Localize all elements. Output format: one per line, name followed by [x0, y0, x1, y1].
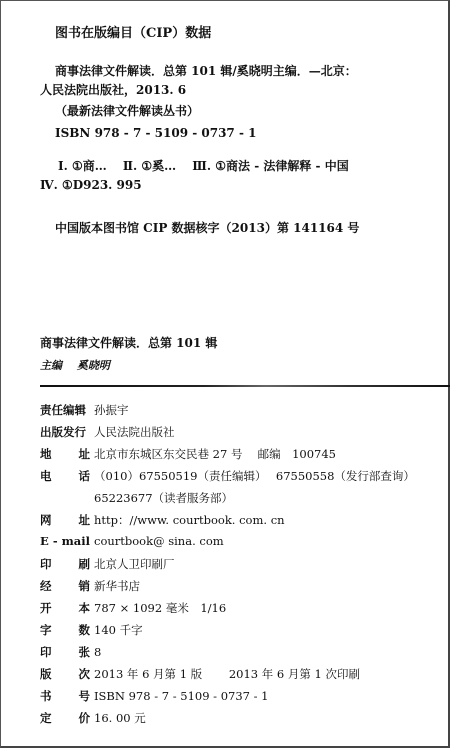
- imprint-row-phone-2: 65223677（读者服务部）: [40, 490, 233, 506]
- imprint-label: 书号: [40, 688, 94, 704]
- imprint-row-price: 定价 16. 00 元: [40, 710, 146, 726]
- imprint-row-sheets: 印张 8: [40, 644, 101, 660]
- imprint-value: 8: [94, 645, 101, 659]
- book-title: 商事法律文件解读．总第 101 辑: [40, 334, 217, 351]
- cip-line-series: （最新法律文件解读丛书）: [55, 102, 199, 119]
- imprint-value: 孙振宇: [94, 402, 129, 418]
- cip-line-publisher: 人民法院出版社，2013. 6: [40, 81, 186, 98]
- imprint-value: 北京市东城区东交民巷 27 号 邮编 100745: [94, 446, 336, 462]
- book-editor: 主编 奚晓明: [40, 357, 110, 373]
- divider-line: [40, 385, 450, 387]
- imprint-label: 地址: [40, 446, 94, 462]
- cip-line-title: 商事法律文件解读．总第 101 辑/奚晓明主编．—北京：: [55, 62, 357, 79]
- imprint-value: （010）67550519（责任编辑） 67550558（发行部查询）: [94, 468, 415, 484]
- imprint-row-address: 地址 北京市东城区东交民巷 27 号 邮编 100745: [40, 446, 336, 462]
- imprint-value: 140 千字: [94, 622, 143, 638]
- imprint-label: 字数: [40, 622, 94, 638]
- imprint-row-edition: 版次 2013 年 6 月第 1 版 2013 年 6 月第 1 次印刷: [40, 666, 360, 682]
- cip-isbn: ISBN 978 - 7 - 5109 - 0737 - 1: [55, 126, 256, 140]
- imprint-value: 人民法院出版社: [94, 424, 175, 440]
- imprint-row-phone: 电话 （010）67550519（责任编辑） 67550558（发行部查询）: [40, 468, 415, 484]
- imprint-row-responsible-editor: 责任编辑 孙振宇: [40, 402, 129, 418]
- imprint-row-isbn: 书号 ISBN 978 - 7 - 5109 - 0737 - 1: [40, 688, 269, 704]
- imprint-row-email: E-mail courtbook@ sina. com: [40, 534, 224, 548]
- imprint-value: ISBN 978 - 7 - 5109 - 0737 - 1: [94, 689, 269, 703]
- imprint-label: 印刷: [40, 556, 94, 572]
- cip-heading: 图书在版编目（CIP）数据: [55, 22, 211, 41]
- imprint-value: 16. 00 元: [94, 710, 146, 726]
- imprint-row-format: 开本 787 × 1092 毫米 1/16: [40, 600, 226, 616]
- imprint-label: 责任编辑: [40, 402, 94, 418]
- imprint-label: 电话: [40, 468, 94, 484]
- imprint-value: 65223677（读者服务部）: [94, 490, 233, 506]
- imprint-label: 出版发行: [40, 424, 94, 440]
- imprint-label: 版次: [40, 666, 94, 682]
- imprint-label: 开本: [40, 600, 94, 616]
- imprint-value: 787 × 1092 毫米 1/16: [94, 600, 226, 616]
- imprint-row-website: 网址 http：//www. courtbook. com. cn: [40, 512, 285, 528]
- email-link[interactable]: courtbook@ sina. com: [94, 534, 224, 548]
- imprint-row-distributor: 经销 新华书店: [40, 578, 140, 594]
- imprint-label: E-mail: [40, 534, 94, 548]
- imprint-value: 2013 年 6 月第 1 版 2013 年 6 月第 1 次印刷: [94, 666, 360, 682]
- imprint-value: 北京人卫印刷厂: [94, 556, 175, 572]
- cip-subjects: Ⅰ. ①商… Ⅱ. ①奚… Ⅲ. ①商法 - 法律解释 - 中国: [58, 157, 349, 174]
- imprint-label: 经销: [40, 578, 94, 594]
- imprint-label: 定价: [40, 710, 94, 726]
- imprint-value: 新华书店: [94, 578, 140, 594]
- imprint-row-publisher: 出版发行 人民法院出版社: [40, 424, 175, 440]
- imprint-row-word-count: 字数 140 千字: [40, 622, 143, 638]
- imprint-label: 网址: [40, 512, 94, 528]
- cip-verify-number: 中国版本图书馆 CIP 数据核字（2013）第 141164 号: [55, 219, 359, 236]
- website-link[interactable]: http：//www. courtbook. com. cn: [94, 512, 285, 528]
- cip-classification: Ⅳ. ①D923. 995: [40, 178, 142, 192]
- imprint-row-printer: 印刷 北京人卫印刷厂: [40, 556, 175, 572]
- imprint-label: 印张: [40, 644, 94, 660]
